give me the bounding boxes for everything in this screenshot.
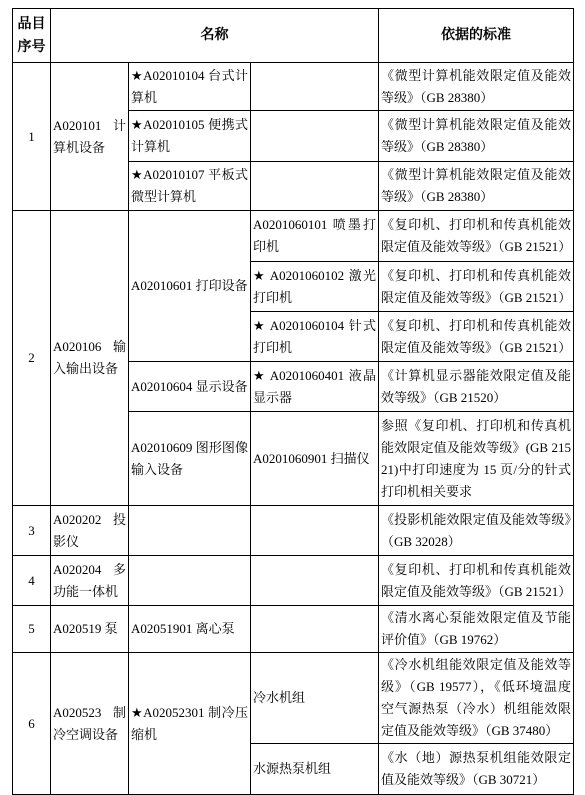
cell-category: A020101 计算机设备 [51,63,129,211]
cell-product: ★ A0201060102 激光打印机 [251,262,379,312]
cell-category: A020519 泵 [51,606,129,653]
cell-standard: 《清水离心泵能效限定值及节能评价值》（GB 19762） [379,606,574,653]
cell-product: A0201060101 喷墨打印机 [251,211,379,262]
cell-standard: 《冷水机组能效限定值及能效等级》（GB 19577），《低环境温度空气源热泵（冷… [379,653,574,744]
header-row: 品目序号 名称 依据的标准 [13,9,574,63]
cell-subcategory: A02010609 图形图像输入设备 [129,412,251,506]
cell-standard: 《投影机能效限定值及能效等级》（GB 32028） [379,506,574,556]
cell-item-no: 2 [13,211,51,506]
cell-empty [251,162,379,211]
cell-category: A020204 多功能一体机 [51,556,129,606]
cell-standard: 《复印机、打印机和传真机能效限定值及能效等级》（GB 21521） [379,312,574,362]
table-row: 4 A020204 多功能一体机 《复印机、打印机和传真机能效限定值及能效等级》… [13,556,574,606]
cell-item-no: 3 [13,506,51,556]
cell-empty [251,556,379,606]
document-page: 品目序号 名称 依据的标准 1 A020101 计算机设备 ★A02010104… [0,0,585,791]
cell-subcategory: A02010604 显示设备 [129,362,251,412]
cell-standard: 《微型计算机能效限定值及能效等级》（GB 28380） [379,111,574,162]
header-standard: 依据的标准 [379,9,574,63]
standards-table: 品目序号 名称 依据的标准 1 A020101 计算机设备 ★A02010104… [12,8,574,795]
table-row: 2 A020106 输入输出设备 A02010601 打印设备 A0201060… [13,211,574,262]
cell-category: A020106 输入输出设备 [51,211,129,506]
cell-empty [251,63,379,111]
table-row: 6 A020523 制冷空调设备 ★A02052301 制冷压缩机 冷水机组 《… [13,653,574,744]
cell-empty [251,506,379,556]
cell-empty [251,606,379,653]
cell-standard: 《复印机、打印机和传真机能效限定值及能效等级》（GB 21521） [379,556,574,606]
cell-subcategory: ★A02010105 便携式计算机 [129,111,251,162]
cell-product: 冷水机组 [251,653,379,744]
cell-empty [251,111,379,162]
cell-subcategory: A02051901 离心泵 [129,606,251,653]
cell-item-no: 6 [13,653,51,795]
cell-subcategory: ★A02010104 台式计算机 [129,63,251,111]
cell-standard: 《复印机、打印机和传真机能效限定值及能效等级》（GB 21521） [379,262,574,312]
cell-product: 水源热泵机组 [251,744,379,795]
cell-standard: 《水（地）源热泵机组能效限定值及能效等级》（GB 30721） [379,744,574,795]
cell-standard: 《微型计算机能效限定值及能效等级》（GB 28380） [379,63,574,111]
table-row: 3 A020202 投影仪 《投影机能效限定值及能效等级》（GB 32028） [13,506,574,556]
cell-product: ★ A0201060104 针式打印机 [251,312,379,362]
cell-product: A0201060901 扫描仪 [251,412,379,506]
cell-empty [129,506,251,556]
cell-standard: 《复印机、打印机和传真机能效限定值及能效等级》（GB 21521） [379,211,574,262]
cell-standard: 《计算机显示器能效限定值及能效等级》（GB 21520） [379,362,574,412]
cell-item-no: 4 [13,556,51,606]
cell-category: A020202 投影仪 [51,506,129,556]
cell-subcategory: ★A02052301 制冷压缩机 [129,653,251,795]
table-row: 5 A020519 泵 A02051901 离心泵 《清水离心泵能效限定值及节能… [13,606,574,653]
cell-item-no: 5 [13,606,51,653]
cell-standard: 《微型计算机能效限定值及能效等级》（GB 28380） [379,162,574,211]
cell-category: A020523 制冷空调设备 [51,653,129,795]
cell-empty [129,556,251,606]
cell-item-no: 1 [13,63,51,211]
cell-subcategory: A02010601 打印设备 [129,211,251,362]
cell-subcategory: ★A02010107 平板式微型计算机 [129,162,251,211]
header-name: 名称 [51,9,379,63]
cell-standard: 参照《复印机、打印机和传真机能效限定值及能效等级》(GB 21521)中打印速度… [379,412,574,506]
header-item-no: 品目序号 [13,9,51,63]
table-row: 1 A020101 计算机设备 ★A02010104 台式计算机 《微型计算机能… [13,63,574,111]
cell-product: ★ A0201060401 液晶显示器 [251,362,379,412]
